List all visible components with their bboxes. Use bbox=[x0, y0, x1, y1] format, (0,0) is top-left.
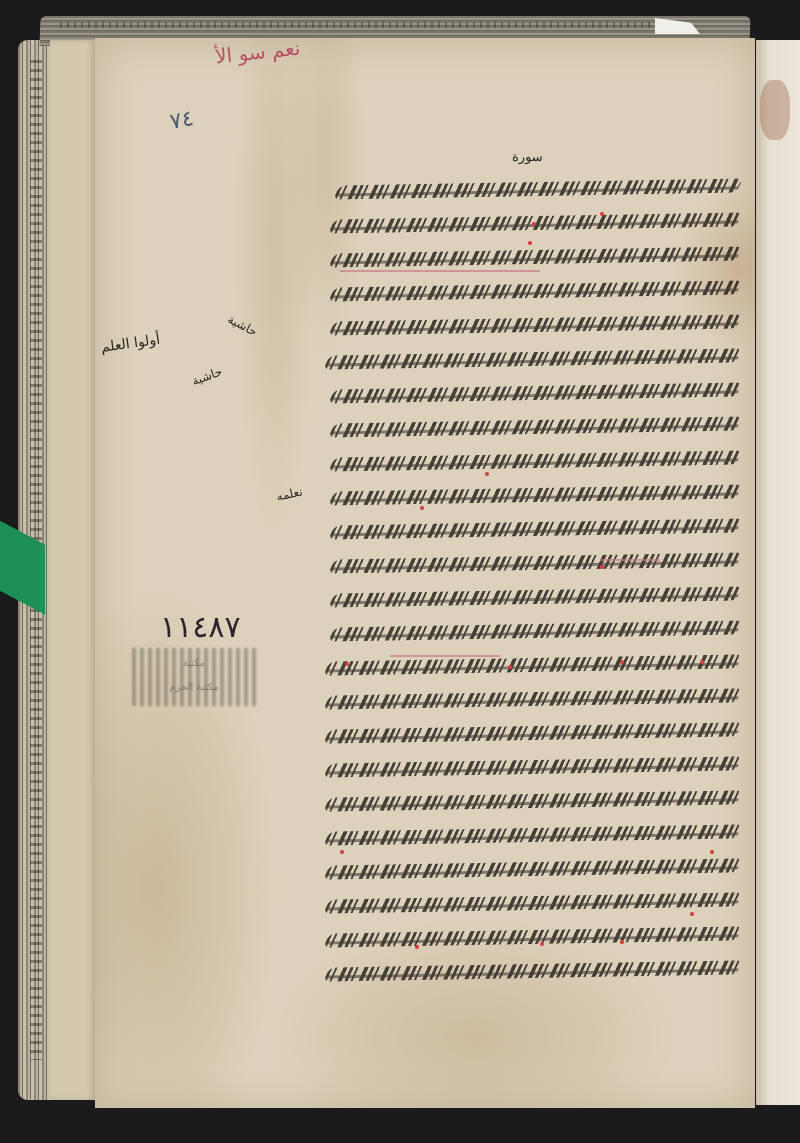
text-line bbox=[328, 410, 738, 444]
text-line bbox=[328, 172, 738, 206]
rubric-dot bbox=[485, 472, 489, 476]
handwritten-script bbox=[328, 382, 743, 403]
rubric-dot bbox=[340, 850, 344, 854]
rubric-dot bbox=[620, 940, 624, 944]
red-overline bbox=[600, 559, 660, 561]
handwritten-script bbox=[328, 586, 743, 607]
handwritten-script bbox=[328, 246, 743, 267]
text-line bbox=[328, 342, 738, 376]
handwritten-script bbox=[328, 450, 743, 471]
handwritten-script bbox=[328, 416, 743, 437]
text-line bbox=[328, 886, 738, 920]
red-overline bbox=[340, 270, 540, 272]
handwritten-script bbox=[328, 280, 743, 301]
handwritten-script bbox=[333, 179, 742, 200]
rubric-dot bbox=[345, 662, 349, 666]
handwritten-script bbox=[323, 892, 743, 913]
text-line bbox=[328, 920, 738, 954]
top-edge-texture bbox=[60, 22, 660, 28]
text-line bbox=[328, 512, 738, 546]
text-line bbox=[328, 444, 738, 478]
text-line bbox=[328, 648, 738, 682]
handwritten-script bbox=[323, 688, 743, 709]
rubric-dot bbox=[710, 850, 714, 854]
handwritten-script bbox=[323, 824, 743, 845]
text-line bbox=[328, 240, 738, 274]
handwritten-script bbox=[328, 518, 743, 539]
catalog-number: ١١٤٨٧ bbox=[160, 610, 241, 645]
text-line bbox=[328, 750, 738, 784]
title-word: سورة bbox=[512, 150, 543, 165]
rubric-dot bbox=[532, 222, 536, 226]
handwritten-script bbox=[323, 756, 743, 777]
rubric-dot bbox=[690, 912, 694, 916]
handwritten-script bbox=[323, 858, 743, 879]
text-line bbox=[328, 478, 738, 512]
rubric-dot bbox=[540, 942, 544, 946]
background-shadow bbox=[0, 1108, 800, 1143]
rubric-dot bbox=[528, 241, 532, 245]
rubric-dot bbox=[700, 660, 704, 664]
manuscript-photo: نعم سو الأ ٧٤ سورة أولوا العلم حاشية حاش… bbox=[0, 0, 800, 1143]
text-line bbox=[328, 954, 738, 988]
stamp-line-2: مكتبة الحرم bbox=[134, 676, 254, 700]
text-line bbox=[328, 274, 738, 308]
stamp-text: مكتبة مكتبة الحرم bbox=[134, 652, 254, 700]
text-line bbox=[328, 682, 738, 716]
handwritten-script bbox=[323, 960, 743, 981]
text-line bbox=[328, 376, 738, 410]
folio-number: ٧٤ bbox=[168, 106, 196, 135]
text-line bbox=[328, 818, 738, 852]
text-line bbox=[328, 784, 738, 818]
handwritten-script bbox=[328, 484, 743, 505]
rubric-dot bbox=[620, 660, 624, 664]
rubric-dot bbox=[508, 665, 512, 669]
red-overline bbox=[390, 655, 500, 657]
main-text-block bbox=[328, 172, 738, 988]
rubric-dot bbox=[420, 506, 424, 510]
stamp-line-1: مكتبة bbox=[134, 652, 254, 676]
stain bbox=[760, 80, 790, 140]
text-line bbox=[328, 546, 738, 580]
rubric-dot bbox=[600, 212, 604, 216]
handwritten-script bbox=[323, 348, 743, 369]
handwritten-script bbox=[323, 722, 743, 743]
text-line bbox=[328, 614, 738, 648]
handwritten-script bbox=[328, 620, 743, 641]
rubric-dot bbox=[415, 945, 419, 949]
rubric-dot bbox=[600, 565, 604, 569]
text-line bbox=[328, 716, 738, 750]
text-line bbox=[328, 308, 738, 342]
handwritten-script bbox=[328, 552, 743, 573]
facing-page bbox=[756, 40, 800, 1105]
handwritten-script bbox=[323, 654, 743, 675]
text-line bbox=[328, 580, 738, 614]
handwritten-script bbox=[328, 314, 743, 335]
handwritten-script bbox=[323, 926, 743, 947]
text-line bbox=[328, 852, 738, 886]
inner-page-edge bbox=[50, 40, 95, 1100]
handwritten-script bbox=[323, 790, 743, 811]
